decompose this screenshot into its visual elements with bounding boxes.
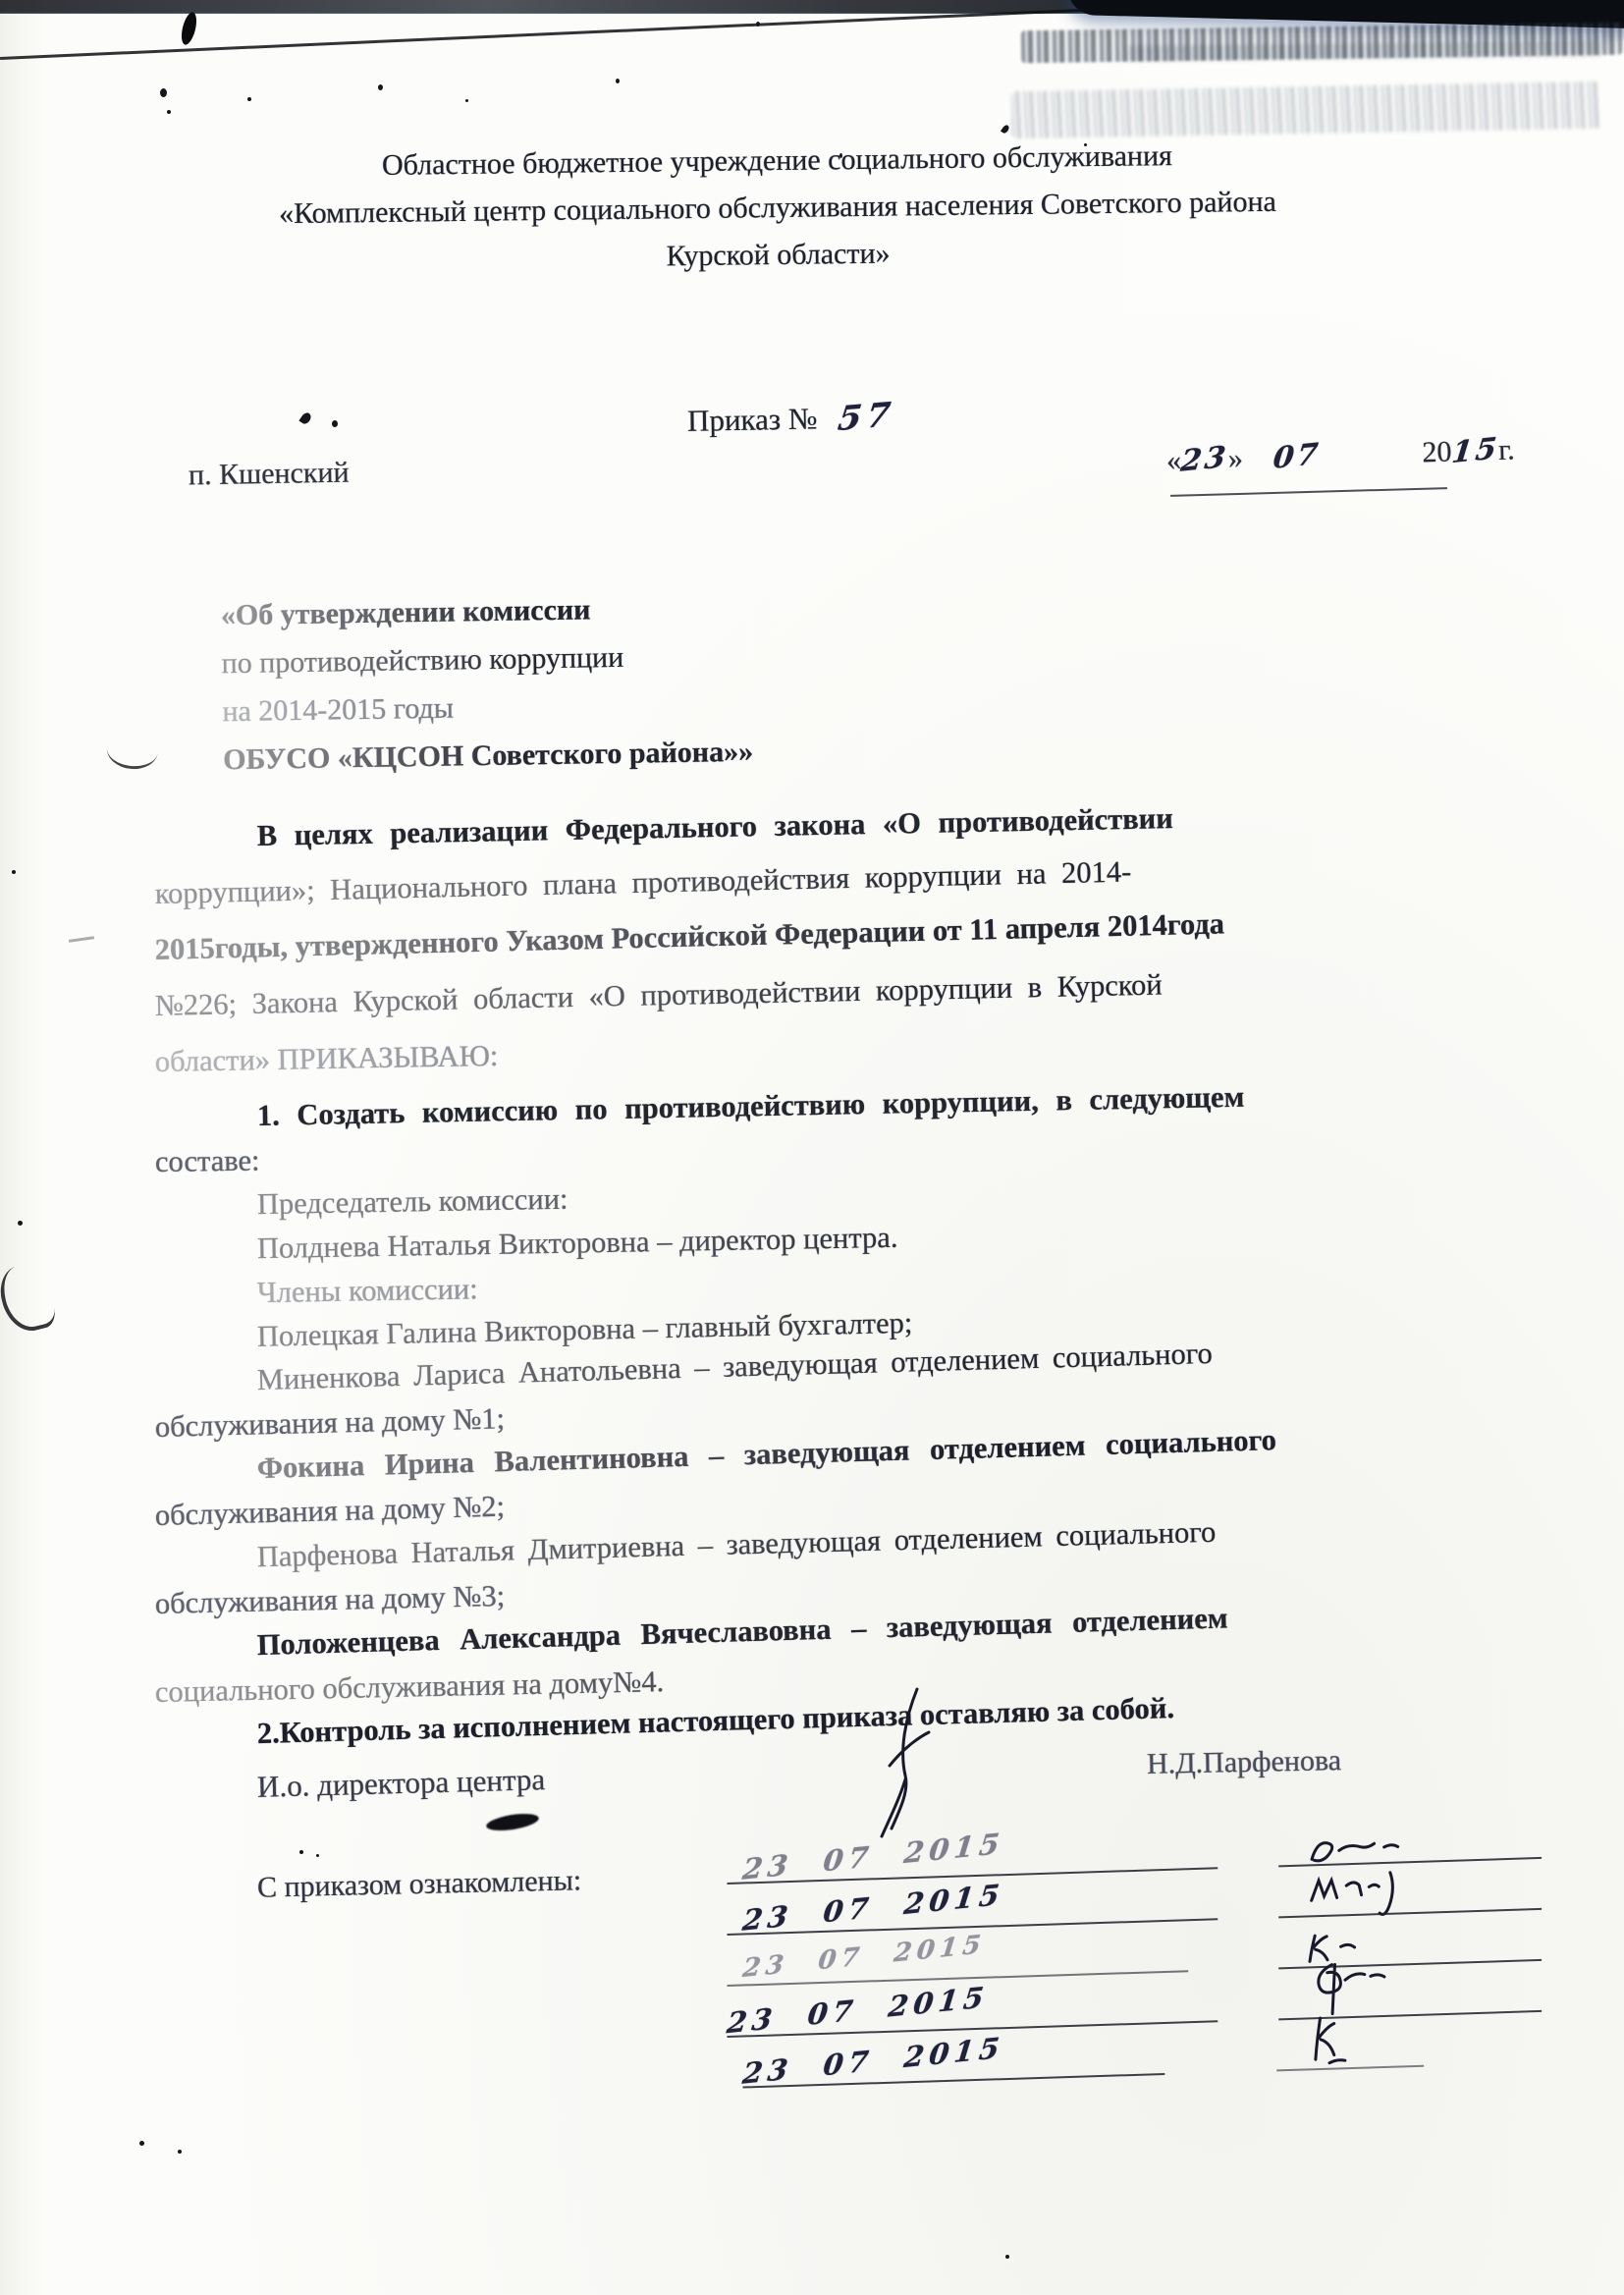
acknowledgment-rows: 23 07 2015 23 07 2015 23 07 2015 23 07 [727, 1842, 1551, 2098]
order-body: В целях реализации Федерального закона «… [155, 821, 1532, 1764]
date-year-handwritten: 15 [1449, 431, 1500, 470]
pen-mark [332, 420, 338, 427]
ink-speck [378, 84, 383, 90]
ink-speck [167, 110, 171, 114]
subject-line: по противодействию коррупции [221, 631, 752, 687]
subject-line: на 2014-2015 годы [222, 680, 753, 736]
ink-speck [1001, 124, 1010, 135]
order-place: п. Кшенский [189, 457, 350, 493]
ack-signature [1304, 2012, 1375, 2071]
subject-line: «Об утверждении комиссии [220, 583, 751, 639]
ink-speck [18, 1221, 23, 1226]
order-subject: «Об утверждении комиссии по противодейст… [220, 583, 753, 784]
order-title-row: Приказ № 57 [687, 397, 895, 440]
ink-speck [247, 97, 251, 101]
subject-line: ОБУСО «КЦСОН Советского района»» [223, 728, 754, 784]
director-signature [866, 1681, 954, 1848]
ink-speck [1005, 2255, 1009, 2259]
ink-speck [465, 99, 468, 102]
ink-speck [316, 1854, 319, 1857]
date-close-quote: » [1227, 442, 1243, 474]
ink-speck [299, 1850, 303, 1854]
document-header: Областное бюджетное учреждение социально… [58, 129, 1497, 288]
ink-speck [616, 79, 620, 83]
ack-signature [1304, 1956, 1424, 2021]
date-year-prefix: 20 [1422, 435, 1452, 468]
acknowledgment-label: С приказом ознакомлены: [257, 1864, 582, 1904]
scan-diagonal-line-artifact [0, 6, 1148, 60]
order-date-row: «23» 07 2015г. [1166, 432, 1516, 477]
ink-blot [485, 1811, 540, 1833]
pen-mark [298, 411, 312, 426]
order-title: Приказ № [687, 402, 818, 438]
ink-speck [178, 2150, 182, 2154]
ink-speck [12, 870, 16, 874]
scanned-order-document: Областное бюджетное учреждение социально… [0, 0, 1624, 2295]
date-underline [1170, 487, 1447, 497]
order-number-handwritten: 57 [836, 395, 897, 439]
ink-speck [756, 22, 760, 27]
ink-blot [179, 11, 199, 46]
pen-dash-mark [69, 936, 94, 943]
ack-signature [1305, 1867, 1434, 1918]
ink-speck [160, 88, 167, 97]
signer-position-label: И.о. директора центра [257, 1762, 546, 1805]
pen-arc-mark [0, 1260, 58, 1337]
ink-speck [139, 2141, 144, 2146]
date-day-handwritten: 23 [1179, 440, 1230, 479]
date-month-handwritten: 07 [1272, 437, 1323, 476]
pen-arc-mark [105, 743, 158, 771]
signer-name: Н.Д.Парфенова [1147, 1744, 1342, 1781]
